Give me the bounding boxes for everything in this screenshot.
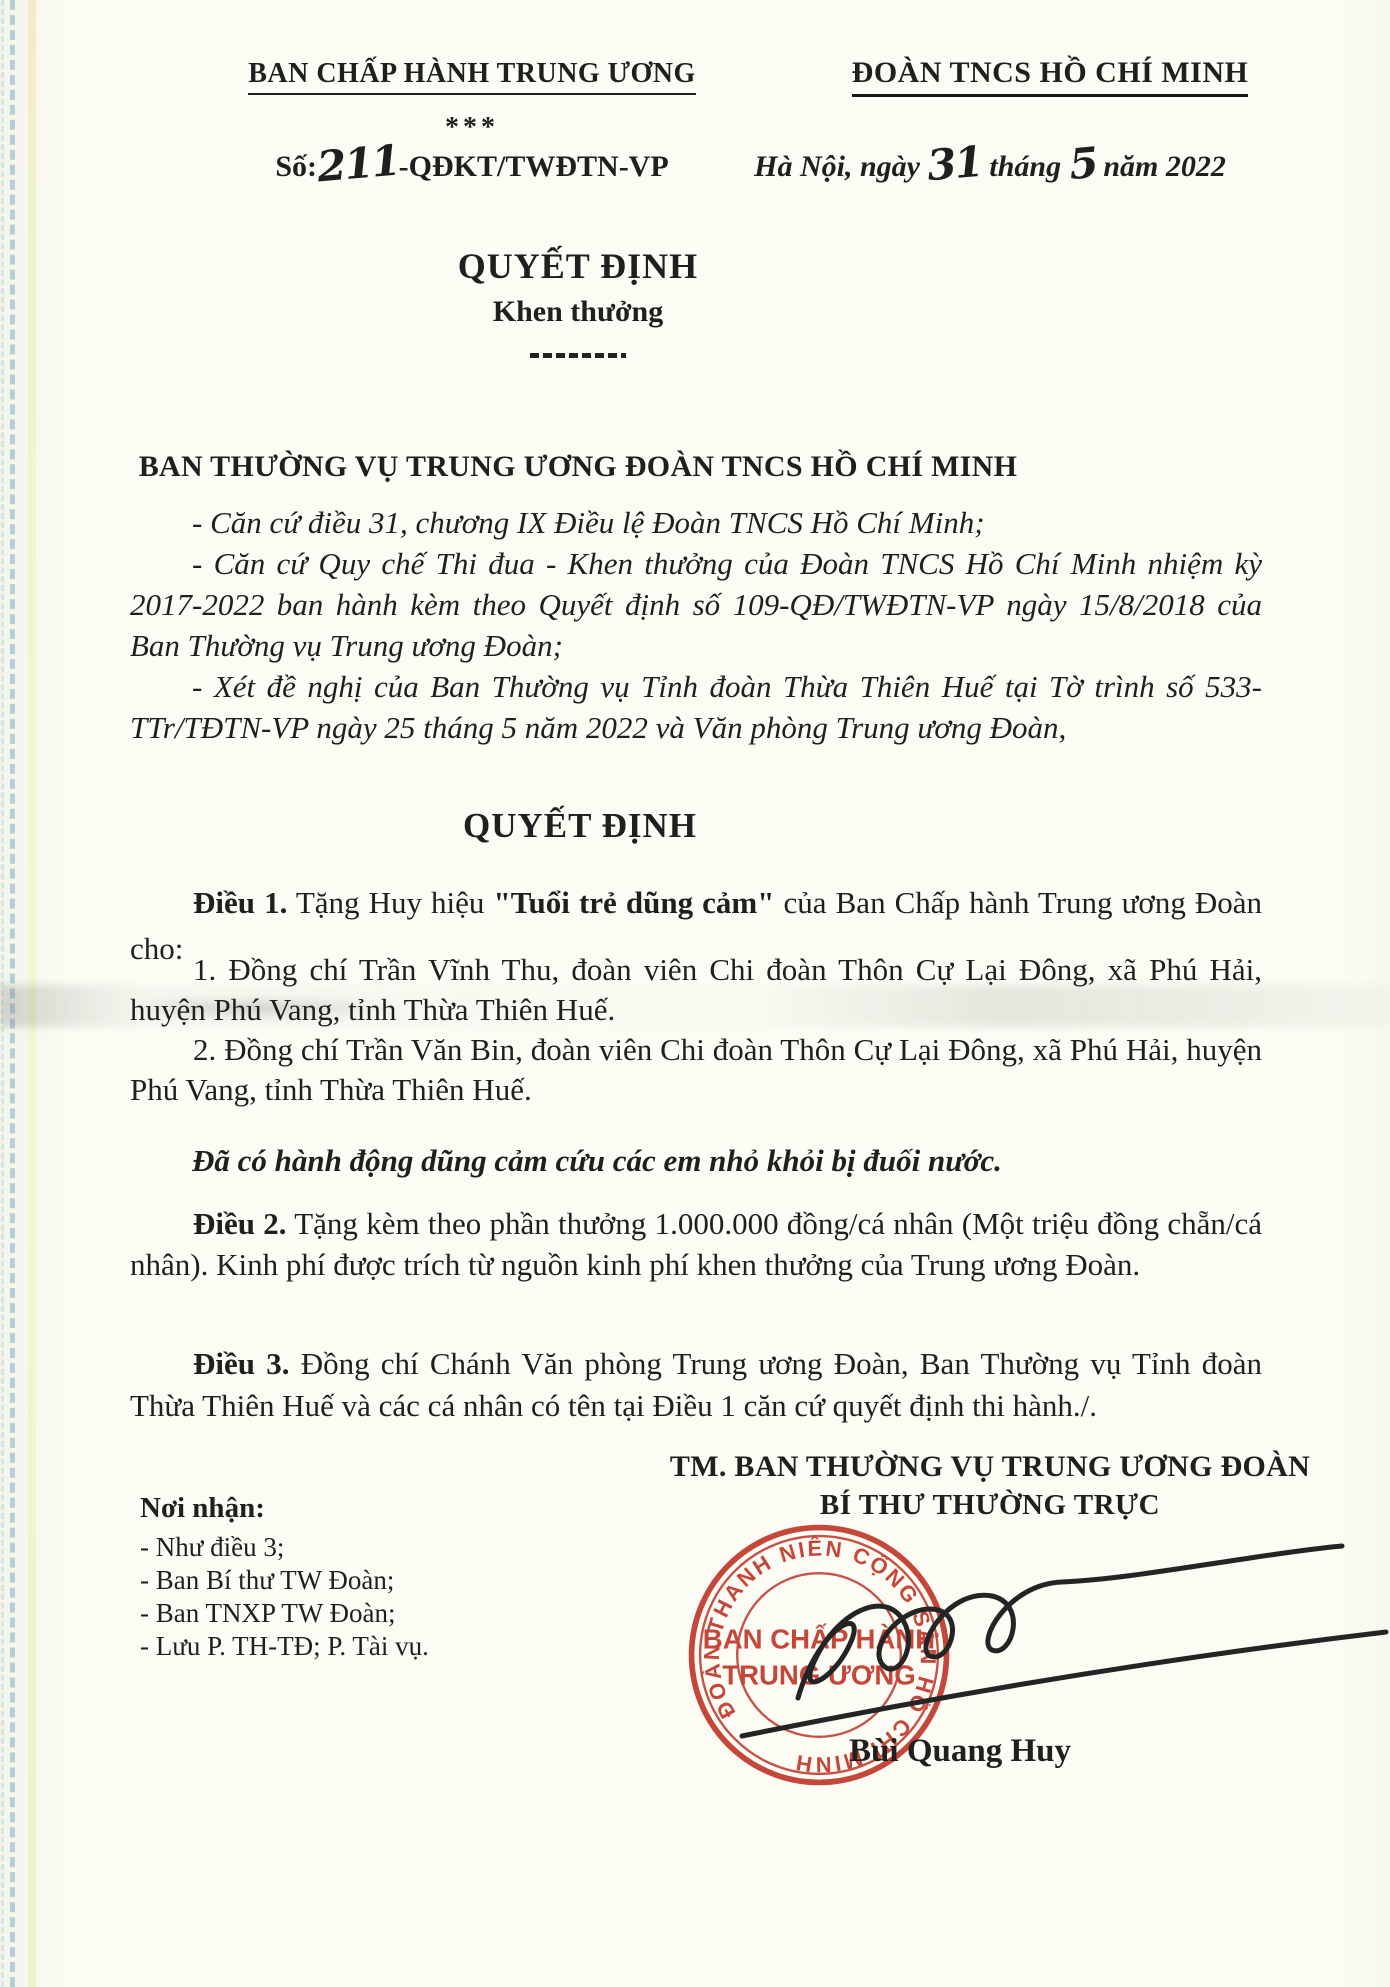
header-right-block: ĐOÀN TNCS HỒ CHÍ MINH <box>700 56 1390 97</box>
signing-authority: TM. BAN THƯỜNG VỤ TRUNG ƯƠNG ĐOÀN <box>625 1450 1355 1484</box>
preamble-clause-1: - Căn cứ điều 31, chương IX Điều lệ Đoàn… <box>130 502 1262 543</box>
preamble-block: - Căn cứ điều 31, chương IX Điều lệ Đoàn… <box>130 502 1262 748</box>
organization-name: ĐOÀN TNCS HỒ CHÍ MINH <box>852 56 1249 97</box>
distribution-item-4: - Lưu P. TH-TĐ; P. Tài vụ. <box>140 1630 560 1663</box>
article-2: Điều 2. Tặng kèm theo phần thưởng 1.000.… <box>130 1203 1262 1285</box>
article-3: Điều 3. Đồng chí Chánh Văn phòng Trung ư… <box>130 1343 1262 1427</box>
signature-strokes <box>742 1546 1386 1736</box>
date-year-text: năm 2022 <box>1103 150 1226 183</box>
award-name: "Tuổi trẻ dũng cảm" <box>494 885 775 920</box>
article-2-body: Tặng kèm theo phần thưởng 1.000.000 đồng… <box>130 1206 1262 1282</box>
distribution-item-2: - Ban Bí thư TW Đoàn; <box>140 1564 560 1597</box>
article-3-body: Đồng chí Chánh Văn phòng Trung ương Đoàn… <box>130 1346 1262 1423</box>
doc-number-prefix: Số: <box>275 150 317 183</box>
citation-line: Đã có hành động dũng cảm cứu các em nhỏ … <box>192 1143 1292 1179</box>
preamble-clause-3: - Xét đề nghị của Ban Thường vụ Tỉnh đoà… <box>130 666 1262 748</box>
recipient-item-1: 1. Đồng chí Trần Vĩnh Thu, đoàn viên Chi… <box>130 950 1262 1030</box>
document-title: QUYẾT ĐỊNH <box>0 245 1156 287</box>
doc-number-handwritten: 211 <box>317 160 398 167</box>
recipient-item-2: 2. Đồng chí Trần Văn Bin, đoàn viên Chi … <box>130 1030 1262 1110</box>
distribution-list: Nơi nhận: - Như điều 3; - Ban Bí thư TW … <box>140 1492 560 1663</box>
document-page: BAN CHẤP HÀNH TRUNG ƯƠNG *** Số:211-QĐKT… <box>0 0 1390 1987</box>
signer-title: BÍ THƯ THƯỜNG TRỰC <box>625 1489 1355 1522</box>
distribution-heading: Nơi nhận: <box>140 1492 560 1525</box>
article-3-text: Điều 3. Đồng chí Chánh Văn phòng Trung ư… <box>130 1343 1262 1427</box>
article-3-label: Điều 3. <box>193 1346 289 1381</box>
title-divider <box>530 353 626 358</box>
signer-name: Bùi Quang Huy <box>660 1733 1260 1770</box>
preamble-clause-2: - Căn cứ Quy chế Thi đua - Khen thưởng c… <box>130 543 1262 666</box>
issuer-heading: BAN THƯỜNG VỤ TRUNG ƯƠNG ĐOÀN TNCS HỒ CH… <box>0 450 1156 484</box>
distribution-item-1: - Như điều 3; <box>140 1531 560 1564</box>
article-2-text: Điều 2. Tặng kèm theo phần thưởng 1.000.… <box>130 1203 1262 1285</box>
date-month-label: tháng <box>989 150 1061 183</box>
date-day-handwritten: 31 <box>928 162 982 167</box>
date-month-handwritten: 5 <box>1069 163 1096 165</box>
date-place-text: Hà Nội, ngày <box>754 150 920 183</box>
decision-heading: QUYẾT ĐỊNH <box>0 806 1160 846</box>
signature-ink <box>690 1540 1390 1750</box>
article-2-label: Điều 2. <box>193 1206 287 1241</box>
doc-number-suffix: -QĐKT/TWĐTN-VP <box>399 150 669 183</box>
article-1-label: Điều 1. <box>193 885 287 920</box>
recipient-list: 1. Đồng chí Trần Vĩnh Thu, đoàn viên Chi… <box>130 950 1262 1110</box>
distribution-item-3: - Ban TNXP TW Đoàn; <box>140 1597 560 1630</box>
issuing-committee-name: BAN CHẤP HÀNH TRUNG ƯƠNG <box>248 58 696 95</box>
place-date-line: Hà Nội, ngày 31 tháng 5 năm 2022 <box>640 150 1340 184</box>
article-1-before: Tặng Huy hiệu <box>296 885 485 920</box>
header-stars: *** <box>122 112 822 144</box>
document-subtitle: Khen thưởng <box>0 295 1156 329</box>
